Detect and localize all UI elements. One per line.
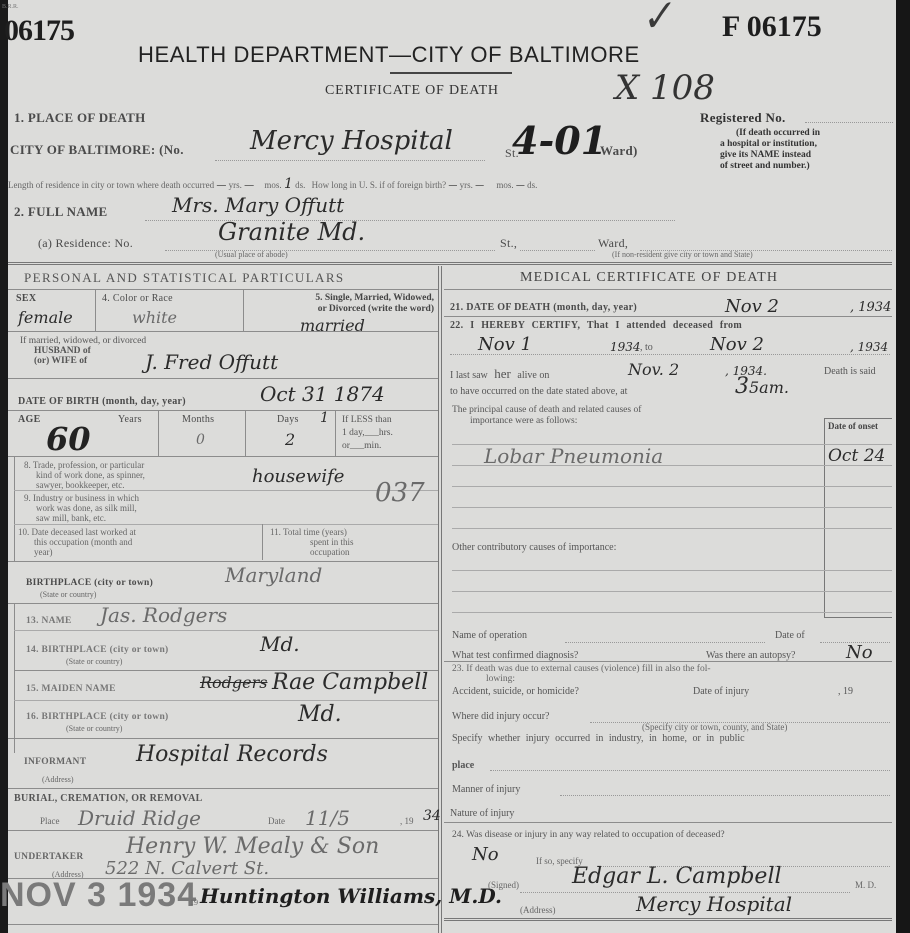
injury-date-label: Date of injury: [693, 686, 749, 697]
operation-date-label: Date of: [775, 630, 805, 641]
physician-address-label: (Address): [520, 905, 556, 915]
rule: [490, 770, 890, 771]
registrar-signature: Huntington Williams, M.D.: [200, 884, 502, 908]
maiden-name-struck: Rodgers: [200, 673, 268, 692]
place-of-death-value: Mercy Hospital: [250, 126, 453, 156]
birthplace-sub: (State or country): [40, 590, 96, 599]
years-label: Years: [118, 414, 142, 425]
residence-label: (a) Residence: No.: [38, 236, 133, 251]
maiden-name-label: 15. MAIDEN NAME: [26, 684, 116, 694]
attended-from-value: Nov 1: [478, 334, 532, 355]
rule: [452, 528, 892, 529]
burial-label: BURIAL, CREMATION, OR REMOVAL: [14, 793, 203, 804]
rule: [14, 700, 438, 701]
rule: [452, 486, 892, 487]
less-than-label: If LESS than 1 day,___hrs. or___min.: [342, 414, 393, 453]
where-injury-label: Where did injury occur?: [452, 711, 549, 722]
place-of-death-label: 1. PLACE OF DEATH: [14, 110, 146, 126]
registered-no-line: [805, 122, 893, 123]
age-days-extra: 1: [320, 410, 329, 426]
burial-year-label: , 19: [400, 816, 414, 826]
rule: [450, 354, 890, 355]
city-label: CITY OF BALTIMORE: (No.: [10, 142, 184, 158]
birthplace-value: Maryland: [225, 563, 322, 587]
rule: [335, 410, 336, 456]
marital-value: married: [300, 316, 365, 335]
last-saw-row: I last saw her alive on: [450, 366, 549, 382]
cause-1-value: Lobar Pneumonia: [484, 444, 663, 468]
industry-label: 9. Industry or business in which work wa…: [24, 493, 139, 523]
residence-st-line: [520, 250, 595, 251]
months-label: Months: [182, 414, 214, 425]
scan-border-right: [896, 0, 910, 933]
physician-address-value: Mercy Hospital: [636, 892, 792, 916]
signed-label: (Signed): [488, 880, 519, 890]
registrar-prefix: 19: [190, 898, 198, 907]
rule: [8, 456, 438, 457]
injury-place-label: place: [452, 760, 474, 771]
burial-date-value: 11/5: [305, 806, 350, 830]
burial-date-label: Date: [268, 816, 285, 826]
age-label: AGE: [18, 414, 41, 425]
rule: [158, 410, 159, 456]
ward-value: 4-01: [512, 118, 607, 163]
manner-injury-label: Manner of injury: [452, 784, 520, 795]
header-left-number: 06175: [4, 14, 74, 48]
trade-value: housewife: [252, 466, 344, 487]
rule: [444, 918, 892, 921]
medical-section-title: MEDICAL CERTIFICATE OF DEATH: [520, 270, 778, 286]
rule: [452, 507, 892, 508]
color-value: white: [132, 308, 177, 327]
undertaker-value: Henry W. Mealy & Son: [126, 834, 379, 859]
color-label: 4. Color or Race: [102, 293, 173, 304]
attended-to-year: , 1934: [850, 340, 888, 354]
age-years-value: 60: [46, 420, 91, 458]
trade-label: 8. Trade, profession, or particular kind…: [24, 460, 145, 490]
rule: [8, 289, 438, 290]
informant-address-label: (Address): [42, 775, 74, 784]
date-of-death-year: , 1934: [850, 300, 891, 315]
rule: [14, 524, 438, 525]
occupation-related-label: 24. Was disease or injury in any way rel…: [452, 830, 725, 840]
occurred-label: to have occurred on the date stated abov…: [450, 386, 627, 397]
autopsy-label: Was there an autopsy?: [706, 650, 795, 661]
page-title: HEALTH DEPARTMENT—CITY OF BALTIMORE: [138, 42, 640, 68]
checkmark-annotation: ✓: [636, 0, 677, 43]
burial-place-value: Druid Ridge: [78, 806, 201, 830]
date-of-death-value: Nov 2: [725, 296, 779, 317]
residence-st-label: St.,: [500, 236, 517, 251]
rule: [452, 591, 892, 592]
registration-annotation: X 108: [615, 68, 715, 108]
where-injury-note: (Specify city or town, county, and State…: [642, 722, 787, 732]
registered-note: (If death occurred in a hospital or inst…: [720, 128, 892, 172]
burial-place-label: Place: [40, 816, 60, 826]
to-label: , to: [640, 342, 653, 353]
certificate-subtitle: CERTIFICATE OF DEATH: [325, 83, 499, 99]
scan-border-left: [0, 0, 8, 933]
rule: [8, 738, 438, 739]
mother-birthplace-sub: (State or country): [66, 724, 122, 733]
cause-1-onset: Oct 24: [828, 446, 885, 466]
rule: [444, 289, 892, 290]
attended-to-value: Nov 2: [710, 334, 764, 355]
certify-label: 22. I HEREBY CERTIFY, That I attended de…: [450, 320, 742, 331]
place-line: [215, 160, 485, 161]
informant-label: INFORMANT: [24, 757, 86, 767]
autopsy-value: No: [846, 642, 873, 663]
attended-from-year: 1934: [610, 340, 641, 354]
title-rule: [390, 72, 512, 74]
father-name-label: 13. NAME: [26, 616, 72, 626]
residence-value: Granite Md.: [218, 218, 365, 246]
mother-birthplace-value: Md.: [298, 702, 342, 727]
rule: [452, 570, 892, 571]
test-label: What test confirmed diagnosis?: [452, 650, 578, 661]
principal-cause-label: The principal cause of death and related…: [452, 405, 641, 427]
father-birthplace-label: 14. BIRTHPLACE (city or town): [26, 645, 169, 655]
rule: [444, 822, 892, 823]
rule: [444, 661, 892, 662]
residence-length-row: Length of residence in city or town wher…: [8, 176, 537, 192]
maiden-name-value: Rae Campbell: [272, 670, 428, 695]
usual-abode-note: (Usual place of abode): [215, 250, 288, 259]
full-name-value: Mrs. Mary Offutt: [172, 193, 344, 217]
rule: [14, 630, 438, 631]
rule: [565, 642, 765, 643]
rule: [8, 788, 438, 789]
accident-label: Accident, suicide, or homicide?: [452, 686, 579, 697]
last-worked-label: 10. Date deceased last worked at this oc…: [18, 527, 136, 557]
father-birthplace-value: Md.: [260, 632, 300, 656]
operation-label: Name of operation: [452, 630, 527, 641]
death-said-label: Death is said: [824, 366, 876, 377]
spouse-label: If married, widowed, or divorced HUSBAND…: [20, 336, 146, 366]
rule: [444, 316, 892, 317]
sex-label: SEX: [16, 293, 36, 304]
registered-no-label: Registered No.: [700, 110, 786, 126]
spouse-value: J. Fred Offutt: [145, 350, 278, 374]
time-of-death-value: 35am.: [735, 374, 789, 399]
injury-year-label: , 19: [838, 686, 853, 697]
rule: [8, 561, 438, 562]
dob-value: Oct 31 1874: [260, 382, 385, 406]
age-days-value: 2: [285, 430, 295, 449]
rule: [8, 410, 438, 411]
death-certificate: B.R.R. 06175 ✓ F 06175 HEALTH DEPARTMENT…: [0, 0, 910, 933]
nature-injury-label: Nature of injury: [450, 808, 514, 819]
filed-date-stamp: NOV 3 1934: [0, 876, 197, 915]
date-of-death-label: 21. DATE OF DEATH (month, day, year): [450, 302, 637, 313]
specify-injury-label: Specify whether injury occurred in indus…: [452, 733, 745, 744]
md-label: M. D.: [855, 880, 876, 890]
full-name-label: 2. FULL NAME: [14, 204, 108, 220]
rule: [243, 289, 244, 331]
other-causes-label: Other contributory causes of importance:: [452, 542, 616, 553]
days-label: Days: [277, 414, 299, 425]
nonresident-note: (If non-resident give city or town and S…: [612, 250, 753, 259]
column-divider: [438, 266, 442, 933]
dob-label: DATE OF BIRTH (month, day, year): [18, 396, 186, 407]
father-birthplace-sub: (State or country): [66, 657, 122, 666]
last-saw-date: Nov. 2: [628, 360, 679, 379]
section-divider: [8, 262, 892, 265]
birthplace-label: BIRTHPLACE (city or town): [26, 578, 153, 588]
age-months-value: 0: [196, 432, 205, 448]
undertaker-label: UNDERTAKER: [14, 852, 84, 862]
physician-signature: Edgar L. Campbell: [572, 864, 782, 889]
external-causes-label: 23. If death was due to external causes …: [452, 664, 711, 684]
burial-year-value: 34: [423, 808, 441, 824]
industry-code: 037: [375, 478, 425, 508]
sex-value: female: [18, 308, 73, 327]
rule: [95, 289, 96, 331]
informant-value: Hospital Records: [136, 742, 328, 767]
header-right-number: F 06175: [722, 10, 822, 44]
total-time-label: 11. Total time (years) spent in this occ…: [270, 527, 354, 557]
rule: [8, 331, 438, 332]
ward-label: Ward): [600, 143, 638, 159]
header-small-code: B.R.R.: [2, 4, 19, 10]
rule: [245, 410, 246, 456]
rule: [262, 524, 263, 560]
residence-ward-label: Ward,: [598, 236, 628, 251]
rule: [14, 456, 15, 561]
father-name-value: Jas. Rodgers: [100, 603, 227, 627]
personal-section-title: PERSONAL AND STATISTICAL PARTICULARS: [24, 270, 345, 286]
marital-label: 5. Single, Married, Widowed, or Divorced…: [248, 293, 434, 315]
mother-birthplace-label: 16. BIRTHPLACE (city or town): [26, 712, 169, 722]
occupation-related-value: No: [472, 844, 499, 865]
rule: [8, 924, 438, 925]
rule: [8, 830, 438, 831]
rule: [8, 378, 438, 379]
rule: [14, 603, 15, 753]
date-of-onset-label: Date of onset: [828, 421, 878, 431]
rule: [560, 795, 890, 796]
rule: [452, 612, 892, 613]
